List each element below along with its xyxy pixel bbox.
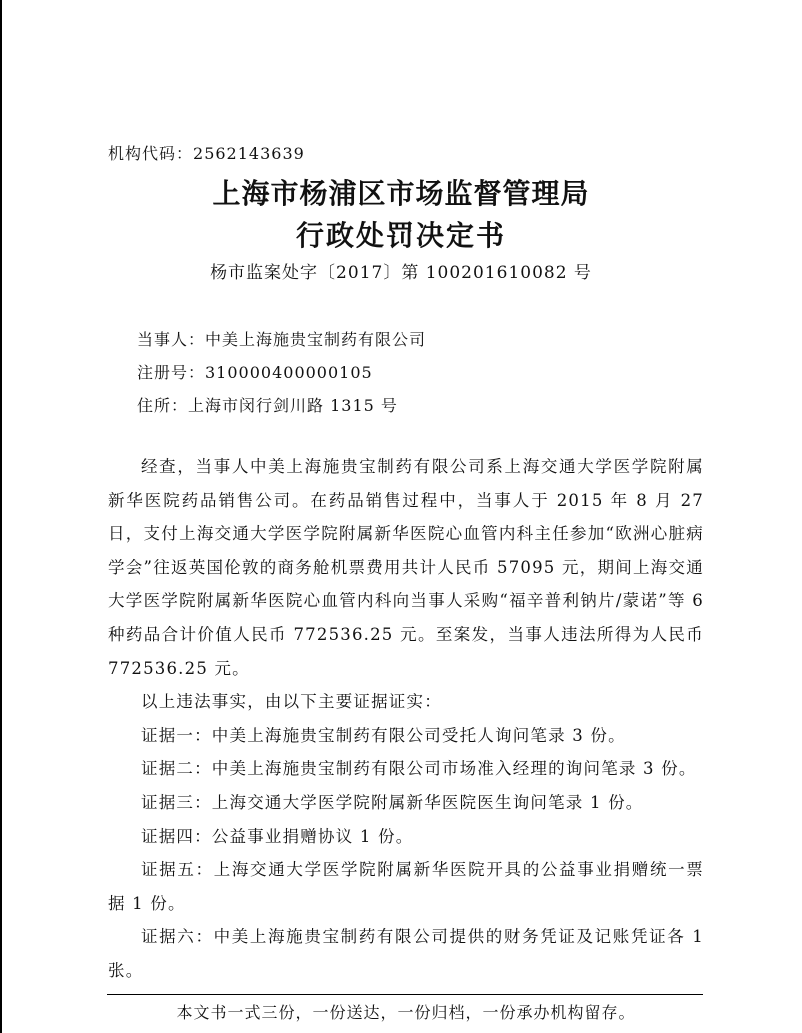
agency-title: 上海市杨浦区市场监督管理局 (0, 172, 802, 212)
org-code-value: 2562143639 (193, 144, 305, 163)
evidence-item: 证据五：上海交通大学医学院附属新华医院开具的公益事业捐赠统一票据 1 份。 (108, 853, 704, 920)
findings-paragraph: 经查，当事人中美上海施贵宝制药有限公司系上海交通大学医学院附属新华医院药品销售公… (108, 450, 704, 685)
evidence-item: 证据三：上海交通大学医学院附属新华医院医生询问笔录 1 份。 (108, 786, 704, 820)
document-number: 杨市监案处字〔2017〕第 100201610082 号 (0, 258, 802, 283)
party-name: 当事人：中美上海施贵宝制药有限公司 (137, 327, 426, 350)
footer-divider (107, 994, 703, 995)
document-title: 行政处罚决定书 (0, 214, 802, 254)
page-left-border (0, 0, 2, 1033)
evidence-item: 证据一：中美上海施贵宝制药有限公司受托人询问笔录 3 份。 (108, 719, 704, 753)
party-registration: 注册号：310000400000105 (137, 360, 373, 383)
evidence-item: 证据二：中美上海施贵宝制药有限公司市场准入经理的询问笔录 3 份。 (108, 752, 704, 786)
org-code: 机构代码：2562143639 (108, 141, 305, 164)
document-body: 经查，当事人中美上海施贵宝制药有限公司系上海交通大学医学院附属新华医院药品销售公… (108, 450, 704, 988)
footer-note: 本文书一式三份，一份送达，一份归档，一份承办机构留存。 (0, 1000, 802, 1023)
evidence-item: 证据六：中美上海施贵宝制药有限公司提供的财务凭证及记账凭证各 1 张。 (108, 920, 704, 987)
evidence-intro: 以上违法事实，由以下主要证据证实： (108, 685, 704, 719)
party-address: 住所：上海市闵行剑川路 1315 号 (137, 393, 398, 416)
org-code-label: 机构代码： (108, 144, 193, 163)
evidence-item: 证据四：公益事业捐赠协议 1 份。 (108, 820, 704, 854)
